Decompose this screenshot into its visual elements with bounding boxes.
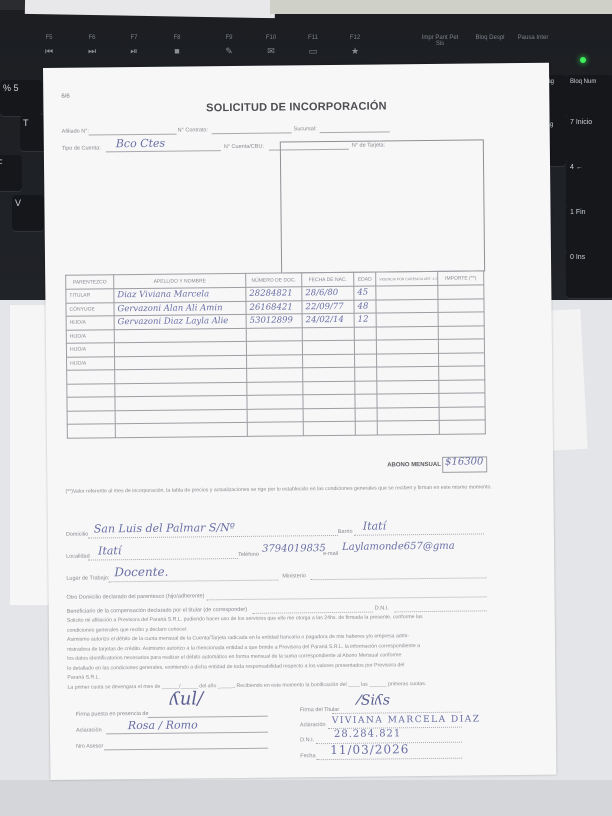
table-cell[interactable] xyxy=(355,367,377,381)
domicilio-field[interactable] xyxy=(88,535,338,539)
asesor-label: Nro Asesor xyxy=(76,743,103,749)
pause-key: Pausa Inter xyxy=(513,35,553,41)
ministerio-label: Ministerio xyxy=(282,573,306,579)
table-cell[interactable] xyxy=(302,327,354,341)
sucursal-label: Sucursal: xyxy=(294,126,317,132)
background-sheet xyxy=(10,305,50,605)
table-cell[interactable] xyxy=(438,325,484,339)
email-label: e-mail xyxy=(323,551,338,557)
table-cell[interactable]: Diaz Viviana Marcela xyxy=(114,287,246,302)
table-cell[interactable] xyxy=(115,422,247,437)
table-cell[interactable] xyxy=(115,368,247,383)
table-cell[interactable] xyxy=(377,366,439,380)
table-cell[interactable] xyxy=(438,285,484,299)
titular-dni-value: 28.284.821 xyxy=(334,728,401,740)
relationship-cell xyxy=(67,370,115,384)
table-cell[interactable] xyxy=(247,422,303,436)
table-cell[interactable] xyxy=(355,381,377,395)
cbu-label: N° Cuenta/CBU: xyxy=(224,144,264,150)
table-cell[interactable]: 28284821 xyxy=(246,287,302,301)
titular-dni-label: D.N.I. xyxy=(300,737,314,743)
contrato-label: N° Contrato: xyxy=(178,127,208,133)
application-form: 6/6 SOLICITUD DE INCORPORACIÓN Afiliado … xyxy=(43,63,556,780)
table-cell[interactable] xyxy=(376,339,438,353)
table-cell[interactable] xyxy=(439,393,485,407)
table-cell[interactable] xyxy=(303,408,355,422)
relationship-cell: HIJO/A xyxy=(67,356,115,370)
table-cell[interactable]: 12 xyxy=(354,313,376,327)
background-surface xyxy=(270,0,612,14)
titular-aclaracion-label: Aclaración xyxy=(300,722,326,728)
desk-edge xyxy=(0,780,612,816)
table-cell[interactable] xyxy=(303,421,355,435)
table-cell[interactable] xyxy=(439,420,485,434)
table-header: VIGENCIA POR CARENCIA ART. 4 CONDICIONES… xyxy=(376,271,438,286)
table-cell[interactable]: 45 xyxy=(354,286,376,300)
relationship-cell: HIJO/A xyxy=(66,329,114,343)
table-cell[interactable] xyxy=(114,341,246,356)
titular-aclaracion-value: VIVIANA MARCELA DIAZ xyxy=(332,714,481,726)
fkey: F7⏯ xyxy=(117,35,151,57)
table-cell[interactable] xyxy=(246,341,302,355)
presencia-signature-field[interactable] xyxy=(148,716,268,718)
table-cell[interactable] xyxy=(247,395,303,409)
table-cell[interactable] xyxy=(355,354,377,368)
relationship-cell: TITULAR xyxy=(66,289,114,303)
otro-domicilio-label: Otro Domicilio declarado del parentesco … xyxy=(67,593,205,600)
domicilio-value: San Luis del Palmar S/Nº xyxy=(94,521,235,535)
trabajo-label: Lugar de Trabajo: xyxy=(66,575,109,581)
fkey: F9✎ xyxy=(212,35,246,57)
table-cell[interactable] xyxy=(115,382,247,397)
table-cell[interactable] xyxy=(377,393,439,407)
table-cell[interactable] xyxy=(114,328,246,343)
table-cell[interactable] xyxy=(439,379,485,393)
table-cell[interactable] xyxy=(439,352,485,366)
table-cell[interactable] xyxy=(377,420,439,434)
barrio-field[interactable] xyxy=(354,533,484,535)
relationship-cell: CÓNYUGE xyxy=(66,302,114,316)
localidad-field[interactable] xyxy=(88,558,238,561)
num-lock-led xyxy=(580,57,586,63)
numpad-0-key: 0 Ins xyxy=(566,250,612,298)
table-cell[interactable]: 28/6/80 xyxy=(302,286,354,300)
fkey: F8■ xyxy=(160,35,194,56)
table-cell[interactable] xyxy=(438,298,484,312)
cuota-text: las xyxy=(361,682,368,688)
photo-box xyxy=(280,139,485,273)
num-lock-key: Bloq Num xyxy=(566,75,612,118)
form-title: SOLICITUD DE INCORPORACIÓN xyxy=(43,99,549,116)
table-cell[interactable] xyxy=(438,339,484,353)
table-cell[interactable] xyxy=(247,381,303,395)
table-cell[interactable] xyxy=(247,368,303,382)
tipo-cuenta-label: Tipo de Cuenta: xyxy=(62,145,101,151)
fkey: F11▭ xyxy=(296,35,330,57)
ministerio-field[interactable] xyxy=(310,577,486,580)
afiliado-label: Afiliado N°: xyxy=(62,129,89,135)
table-cell[interactable] xyxy=(247,408,303,422)
localidad-value: Itatí xyxy=(98,544,121,557)
table-cell[interactable]: 53012899 xyxy=(246,314,302,328)
otro-domicilio-field[interactable] xyxy=(207,596,487,600)
titular-signature: ⳆSiʎs xyxy=(355,690,391,709)
tipo-cuenta-field[interactable] xyxy=(106,150,221,152)
firma-titular-field[interactable] xyxy=(332,712,462,714)
presencia-label: Firma puesta en presencia de xyxy=(76,711,149,718)
fecha-label: Fecha xyxy=(300,753,315,759)
key-v: V xyxy=(12,195,44,231)
fecha-field[interactable] xyxy=(316,758,462,761)
aclaracion-label: Aclaración xyxy=(76,727,102,733)
relationship-cell xyxy=(67,424,115,438)
table-cell[interactable] xyxy=(354,340,376,354)
table-cell[interactable] xyxy=(303,367,355,381)
table-cell[interactable] xyxy=(246,327,302,341)
table-header: IMPORTE (**) xyxy=(438,271,484,285)
table-header: APELLIDO Y NOMBRE xyxy=(114,273,246,288)
fkey: F12★ xyxy=(338,35,372,57)
table-cell[interactable]: Gervazoni Diaz Layla Alie xyxy=(114,314,246,329)
barrio-value: Itatí xyxy=(363,519,386,532)
relationship-cell: HIJO/A xyxy=(66,343,114,357)
table-cell[interactable] xyxy=(303,394,355,408)
table-header: PARENTEZCO xyxy=(66,275,114,290)
email-value: Laylamonde657@gma xyxy=(342,541,455,553)
table-cell[interactable] xyxy=(377,380,439,394)
asesor-aclaracion-value: Rosa / Romo xyxy=(128,718,198,732)
table-cell[interactable] xyxy=(115,395,247,410)
table-cell[interactable] xyxy=(355,408,377,422)
table-cell[interactable] xyxy=(377,353,439,367)
table-cell[interactable] xyxy=(355,421,377,435)
fecha-value: 11/03/2026 xyxy=(330,742,409,757)
table-cell[interactable]: 26168421 xyxy=(246,300,302,314)
asesor-field[interactable] xyxy=(104,748,268,751)
table-cell[interactable] xyxy=(302,340,354,354)
contrato-field[interactable] xyxy=(212,132,292,134)
table-cell[interactable]: Gervazoni Alan Ali Amin xyxy=(114,301,246,316)
table-cell[interactable] xyxy=(376,326,438,340)
numpad-4-key: 4 ← xyxy=(566,160,612,208)
table-cell[interactable] xyxy=(355,394,377,408)
table-cell[interactable] xyxy=(247,354,303,368)
table-cell[interactable] xyxy=(377,407,439,421)
legal-text: Solicito mi afiliación a Previsora del P… xyxy=(67,612,548,684)
cuota-text: primeras cuotas. xyxy=(388,681,426,687)
table-cell[interactable] xyxy=(376,285,438,299)
table-cell[interactable] xyxy=(438,312,484,326)
fkey: F10✉ xyxy=(254,35,288,57)
table-header: NÚMERO DE DOC. xyxy=(246,273,302,288)
telefono-label: Teléfono xyxy=(238,552,259,558)
table-cell[interactable] xyxy=(115,409,247,424)
family-members-table: PARENTEZCOAPELLIDO Y NOMBRENÚMERO DE DOC… xyxy=(65,270,486,438)
key-5: % 5 xyxy=(0,80,42,116)
domicilio-label: Domicilio xyxy=(66,532,88,538)
table-cell[interactable] xyxy=(303,354,355,368)
relationship-cell: HIJO/A xyxy=(66,316,114,330)
print-screen-key: Impr Pant Pet Sis xyxy=(420,35,460,47)
table-cell[interactable] xyxy=(439,406,485,420)
beneficiario-label: Beneficiario de la compensación declarad… xyxy=(67,607,247,615)
table-header: EDAD xyxy=(354,272,376,286)
tipo-cuenta-value: Bco Ctes xyxy=(116,137,165,151)
fkey: F6⏭ xyxy=(75,35,109,57)
beneficiario-dni-label: D.N.I. xyxy=(375,605,389,611)
telefono-value: 3794019835 xyxy=(262,543,326,555)
afiliado-field[interactable] xyxy=(89,134,177,136)
table-cell[interactable] xyxy=(439,366,485,380)
numpad-7-key: 7 Inicio xyxy=(566,115,612,163)
table-cell[interactable] xyxy=(376,312,438,326)
relationship-cell xyxy=(67,410,115,424)
table-cell[interactable] xyxy=(354,327,376,341)
table-header: FECHA DE NAC. xyxy=(302,272,354,287)
relationship-cell xyxy=(67,397,115,411)
sucursal-field[interactable] xyxy=(320,131,390,133)
advisor-signature: ʎul/ xyxy=(170,688,204,709)
trabajo-field[interactable] xyxy=(108,580,278,583)
relationship-cell xyxy=(67,383,115,397)
table-cell[interactable]: 24/02/14 xyxy=(302,313,354,327)
scroll-lock-key: Bloq Despl xyxy=(470,35,510,41)
localidad-label: Localidad xyxy=(66,554,90,560)
table-cell[interactable] xyxy=(115,355,247,370)
key-f: F xyxy=(0,155,22,191)
fkey: F5⏮ xyxy=(32,35,66,57)
numpad-1-key: 1 Fin xyxy=(566,205,612,253)
table-cell[interactable] xyxy=(303,381,355,395)
table-cell[interactable] xyxy=(376,299,438,313)
abono-value: $16300 xyxy=(445,456,483,467)
abono-label: ABONO MENSUAL xyxy=(387,462,441,469)
price-note: (**)Valor referente al mes de incorporac… xyxy=(65,483,535,497)
cuota-text: La primer cuota se devengara el mes de xyxy=(67,684,160,691)
table-cell[interactable]: 22/09/77 xyxy=(302,300,354,314)
barrio-label: Barrio xyxy=(338,529,353,535)
table-cell[interactable]: 48 xyxy=(354,300,376,314)
trabajo-value: Docente. xyxy=(114,565,168,580)
page-number: 6/6 xyxy=(61,94,69,100)
cuota-text: Recibiendo en este momento la bonificaci… xyxy=(236,682,346,689)
